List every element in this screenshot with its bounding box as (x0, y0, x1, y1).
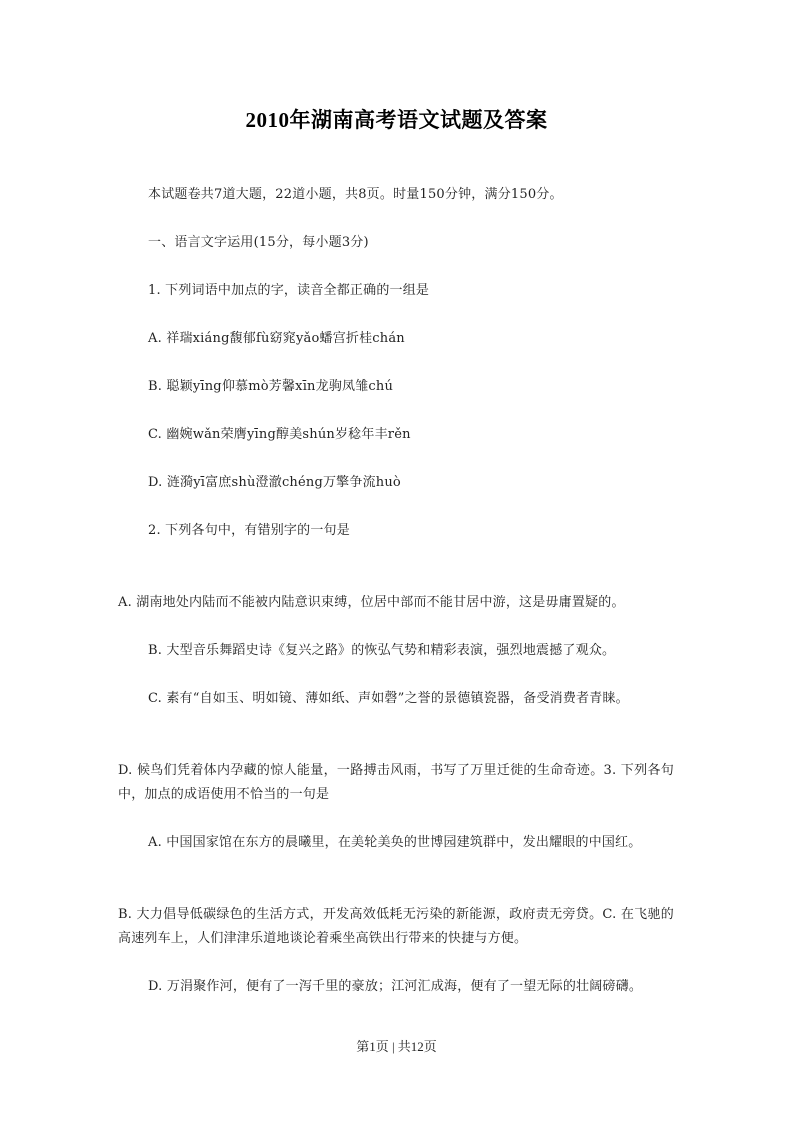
question-1-stem: 1. 下列词语中加点的字，读音全都正确的一组是 (148, 279, 429, 303)
document-title: 2010年湖南高考语文试题及答案 (0, 104, 793, 134)
question-2-option-a: A. 湖南地处内陆而不能被内陆意识束缚，位居中部而不能甘居中游，这是毋庸置疑的。 (118, 591, 625, 615)
question-1-option-b: B. 聪颖yīng仰慕mò芳馨xīn龙驹凤雏chú (148, 375, 393, 399)
page-footer: 第1页 | 共12页 (0, 1036, 793, 1055)
question-1-option-c: C. 幽婉wǎn荣膺yīng醇美shún岁稔年丰rěn (148, 423, 411, 447)
question-2-option-b: B. 大型音乐舞蹈史诗《复兴之路》的恢弘气势和精彩表演，强烈地震撼了观众。 (148, 639, 615, 663)
question-3-option-d: D. 万涓聚作河，便有了一泻千里的豪放；江河汇成海，便有了一望无际的壮阔磅礴。 (148, 975, 642, 999)
question-2-stem: 2. 下列各句中，有错别字的一句是 (148, 519, 350, 543)
section-heading: 一、语言文字运用(15分，每小题3分) (148, 231, 369, 255)
question-1-option-a: A. 祥瑞xiáng馥郁fù窈窕yǎo蟠宫折桂chán (148, 327, 405, 351)
question-2-option-d-and-question-3-stem: D. 候鸟们凭着体内孕藏的惊人能量，一路搏击风雨，书写了万里迁徙的生命奇迹。3.… (118, 759, 674, 807)
question-3-option-a: A. 中国国家馆在东方的晨曦里，在美轮美奂的世博园建筑群中，发出耀眼的中国红。 (148, 831, 641, 855)
question-3-option-b-and-c: B. 大力倡导低碳绿色的生活方式，开发高效低耗无污染的新能源，政府责无旁贷。C.… (118, 903, 674, 951)
document-page: 2010年湖南高考语文试题及答案 本试题卷共7道大题，22道小题，共8页。时量1… (0, 0, 793, 1122)
question-1-option-d: D. 涟漪yī富庶shù澄澈chéng万擎争流huò (148, 471, 401, 495)
exam-intro: 本试题卷共7道大题，22道小题，共8页。时量150分钟，满分150分。 (148, 183, 563, 207)
question-2-option-c: C. 素有“自如玉、明如镜、薄如纸、声如磬”之誉的景德镇瓷器，备受消费者青睐。 (148, 687, 629, 711)
